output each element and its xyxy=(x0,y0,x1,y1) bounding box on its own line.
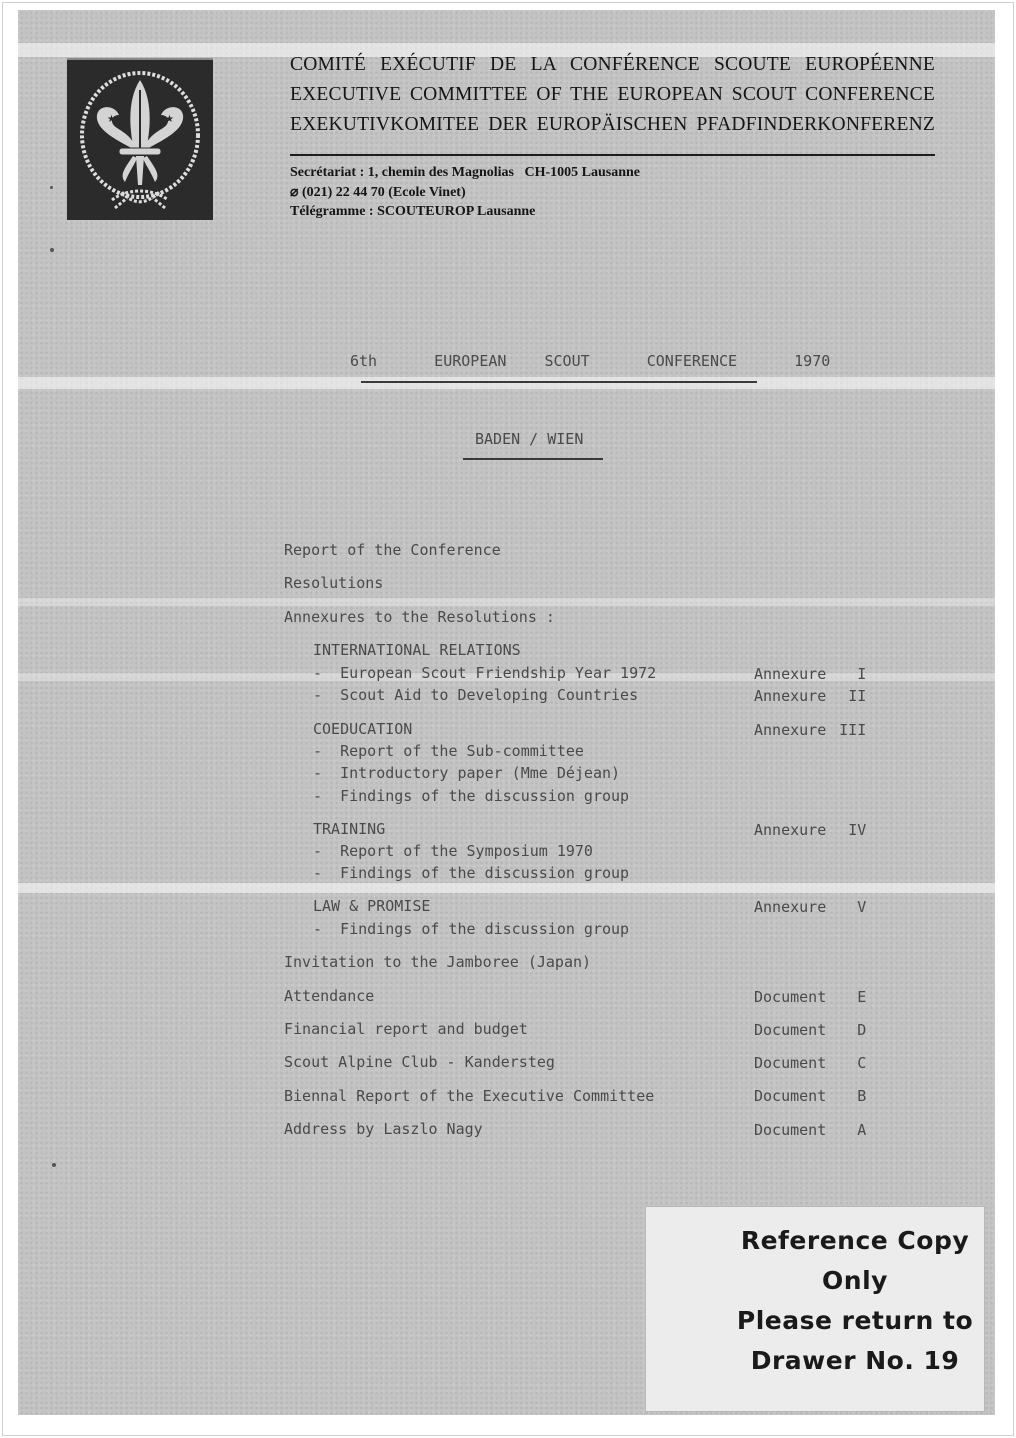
ref-number: V xyxy=(826,898,866,916)
ref-number: D xyxy=(826,1021,866,1039)
annexure-ref: AnnexureII xyxy=(754,687,866,705)
scan-speck xyxy=(50,186,53,189)
scan-speck xyxy=(50,248,54,252)
document-item: Scout Alpine Club - Kandersteg xyxy=(284,1053,555,1071)
annexure-entry: - Findings of the discussion group xyxy=(313,920,629,938)
contents-item: Annexures to the Resolutions : xyxy=(284,608,555,626)
conference-location: BADEN / WIEN xyxy=(475,430,583,448)
annexure-entry: - Introductory paper (Mme Déjean) xyxy=(313,764,620,782)
letterhead-rule xyxy=(290,154,935,156)
stamp-line: Only xyxy=(726,1261,984,1301)
annexure-ref: AnnexureIV xyxy=(754,821,866,839)
annexure-ref: AnnexureI xyxy=(754,665,866,683)
ref-label: Document xyxy=(754,1121,826,1139)
ref-label: Annexure xyxy=(754,687,826,705)
document-item: Address by Laszlo Nagy xyxy=(284,1120,483,1138)
document-ref: DocumentA xyxy=(754,1121,866,1139)
ref-number: II xyxy=(826,687,866,705)
scan-streak xyxy=(18,377,995,389)
scanned-page: ★ ★ COMITÉ EXÉCUTIF DE LA CONFÉRENCE SCO… xyxy=(18,10,995,1415)
scan-streak xyxy=(18,598,995,606)
scan-speck xyxy=(52,1163,56,1167)
svg-text:★: ★ xyxy=(107,114,116,125)
ref-label: Document xyxy=(754,1087,826,1105)
scout-logo: ★ ★ xyxy=(67,58,213,220)
ref-number: A xyxy=(826,1121,866,1139)
letterhead-line-de: EXEKUTIVKOMITEE DER EUROPÄISCHEN PFADFIN… xyxy=(290,114,935,136)
fleur-de-lis-icon: ★ ★ xyxy=(67,60,213,220)
document-item: Invitation to the Jamboree (Japan) xyxy=(284,953,591,971)
annexure-ref: AnnexureV xyxy=(754,898,866,916)
secretariat-address: Secrétariat : 1, chemin des Magnolias CH… xyxy=(290,165,640,181)
annexure-entry: - European Scout Friendship Year 1972 xyxy=(313,664,656,682)
scan-streak xyxy=(18,883,995,893)
document-ref: DocumentB xyxy=(754,1087,866,1105)
ref-number: C xyxy=(826,1054,866,1072)
telephone-icon: ⌀ xyxy=(290,185,302,200)
conference-title: 6th EUROPEAN SCOUT CONFERENCE 1970 xyxy=(350,352,830,370)
ref-number: B xyxy=(826,1087,866,1105)
stamp-line: Reference Copy xyxy=(726,1221,984,1261)
contents-item: Report of the Conference xyxy=(284,541,501,559)
phone-line: ⌀ (021) 22 44 70 (Ecole Vinet) xyxy=(290,184,466,201)
reference-copy-stamp: Reference Copy Only Please return to Dra… xyxy=(645,1206,985,1412)
document-ref: DocumentD xyxy=(754,1021,866,1039)
ref-number: IV xyxy=(826,821,866,839)
ref-label: Document xyxy=(754,1021,826,1039)
ref-number: E xyxy=(826,988,866,1006)
annexure-entry: - Scout Aid to Developing Countries xyxy=(313,686,638,704)
document-item: Biennal Report of the Executive Committe… xyxy=(284,1087,654,1105)
telegram-line: Télégramme : SCOUTEUROP Lausanne xyxy=(290,204,535,220)
ref-label: Annexure xyxy=(754,665,826,683)
location-underline xyxy=(463,458,603,460)
annexure-entry: - Report of the Symposium 1970 xyxy=(313,842,593,860)
ref-label: Annexure xyxy=(754,821,826,839)
stamp-line: Please return to xyxy=(726,1301,984,1341)
ref-label: Annexure xyxy=(754,721,826,739)
annexure-heading: LAW & PROMISE xyxy=(313,897,430,915)
annexure-entry: - Findings of the discussion group xyxy=(313,787,629,805)
letterhead-line-fr: COMITÉ EXÉCUTIF DE LA CONFÉRENCE SCOUTE … xyxy=(290,54,935,76)
ref-label: Annexure xyxy=(754,898,826,916)
annexure-heading: INTERNATIONAL RELATIONS xyxy=(313,641,521,659)
letterhead-line-en: EXECUTIVE COMMITTEE OF THE EUROPEAN SCOU… xyxy=(290,84,935,106)
stamp-text: Reference Copy Only Please return to Dra… xyxy=(726,1221,984,1381)
ref-label: Document xyxy=(754,1054,826,1072)
ref-number: III xyxy=(826,721,866,739)
annexure-heading: COEDUCATION xyxy=(313,720,412,738)
ref-label: Document xyxy=(754,988,826,1006)
document-item: Financial report and budget xyxy=(284,1020,528,1038)
annexure-entry: - Findings of the discussion group xyxy=(313,864,629,882)
document-ref: DocumentC xyxy=(754,1054,866,1072)
svg-text:★: ★ xyxy=(165,114,174,125)
document-ref: DocumentE xyxy=(754,988,866,1006)
contents-item: Resolutions xyxy=(284,574,383,592)
ref-number: I xyxy=(826,665,866,683)
phone-number: (021) 22 44 70 (Ecole Vinet) xyxy=(302,185,466,200)
annexure-heading: TRAINING xyxy=(313,820,385,838)
title-underline xyxy=(361,381,757,383)
annexure-ref: AnnexureIII xyxy=(754,721,866,739)
document-item: Attendance xyxy=(284,987,374,1005)
stamp-line: Drawer No. 19 xyxy=(726,1341,984,1381)
annexure-entry: - Report of the Sub-committee xyxy=(313,742,584,760)
